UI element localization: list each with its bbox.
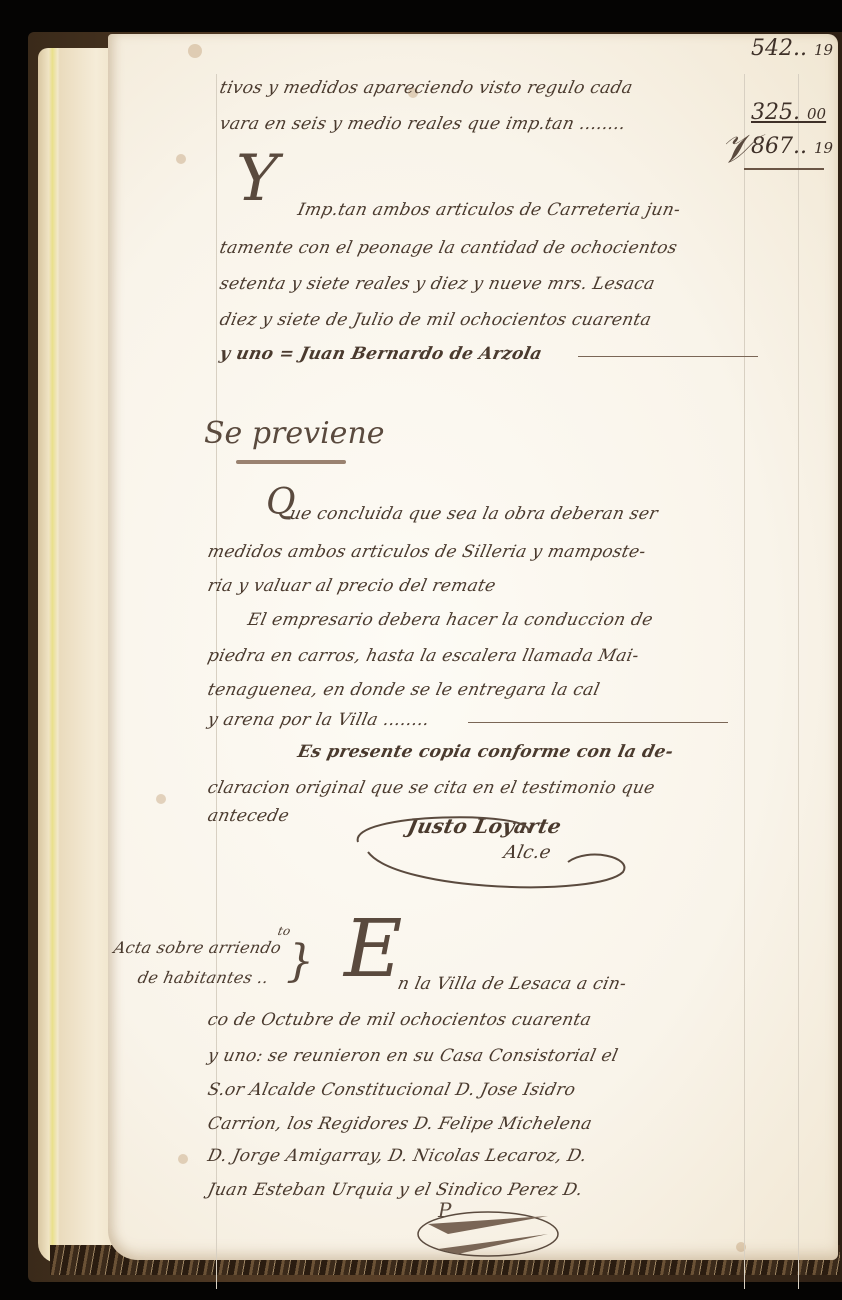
text-line: tamente con el peonage la cantidad de oc…	[218, 238, 679, 258]
amount-fraction: 19	[814, 41, 833, 59]
text-line: claracion original que se cita en el tes…	[206, 778, 657, 798]
amount-total: 867.. 19	[751, 134, 833, 159]
text-line: tivos y medidos apareciendo visto regulo…	[218, 78, 635, 98]
text-line: setenta y siete reales y diez y nueve mr…	[218, 274, 657, 294]
amount-column-rule	[744, 74, 745, 1289]
foxing-stain	[188, 44, 202, 58]
brace-icon: }	[286, 936, 314, 987]
amount-fraction: 00	[807, 105, 826, 123]
line-filler	[468, 722, 728, 723]
text-line: S.or Alcalde Constitucional D. Jose Isid…	[206, 1080, 577, 1100]
text-line: El empresario debera hacer la conduccion…	[246, 610, 655, 630]
text-line: vara en seis y medio reales que imp.tan …	[218, 114, 628, 134]
decorated-initial: Y	[236, 142, 278, 216]
amount-fraction: 19	[814, 139, 833, 157]
text-line: y arena por la Villa ........	[206, 710, 431, 730]
foxing-stain	[156, 794, 166, 804]
text-line: medidos ambos articulos de Silleria y ma…	[206, 542, 648, 562]
amount-integer: 867	[751, 134, 793, 159]
text-line: ria y valuar al precio del remate	[206, 576, 498, 596]
text-line: co de Octubre de mil ochocientos cuarent…	[206, 1010, 593, 1030]
signature-line: y uno = Juan Bernardo de Arzola	[218, 344, 544, 364]
amount-integer: 542	[751, 36, 793, 61]
amount-entry: 325. 00	[751, 100, 826, 125]
text-line: Es presente copia conforme con la de-	[296, 742, 675, 762]
text-line: D. Jorge Amigarray, D. Nicolas Lecaroz, …	[206, 1146, 589, 1166]
section-heading: Se previene	[204, 416, 385, 451]
text-line: ue concluida que sea la obra deberan ser	[288, 504, 660, 524]
marginal-note-line: Acta sobre arriendo	[112, 938, 283, 957]
fraction-column-rule	[798, 74, 799, 1289]
foxing-stain	[178, 1154, 188, 1164]
text-line: Imp.tan ambos articulos de Carreteria ju…	[296, 200, 682, 220]
amount-entry: 542.. 19	[751, 36, 833, 61]
text-line: antecede	[206, 806, 291, 826]
text-line: y uno: se reunieron en su Casa Consistor…	[206, 1046, 620, 1066]
text-line: n la Villa de Lesaca a cin-	[396, 974, 628, 994]
marginal-note-line: de habitantes ..	[136, 968, 270, 987]
text-line: diez y siete de Julio de mil ochocientos…	[218, 310, 653, 330]
manuscript-page: 542.. 19 325. 00 867.. 19 𝒱 tivos y medi…	[108, 34, 838, 1260]
total-mark-icon: 𝒱	[720, 126, 753, 172]
amount-integer: 325	[751, 100, 793, 125]
foxing-stain	[176, 154, 186, 164]
signature-rubric	[338, 802, 638, 902]
total-underline	[744, 168, 824, 170]
heading-flourish	[236, 460, 346, 464]
text-line: piedra en carros, hasta la escalera llam…	[206, 646, 641, 666]
line-filler	[578, 356, 758, 357]
decorated-initial: E	[344, 902, 402, 995]
text-line: tenaguenea, en donde se le entregara la …	[206, 680, 602, 700]
rubric-flourish	[408, 1194, 568, 1264]
text-line: Carrion, los Regidores D. Felipe Michele…	[206, 1114, 594, 1134]
